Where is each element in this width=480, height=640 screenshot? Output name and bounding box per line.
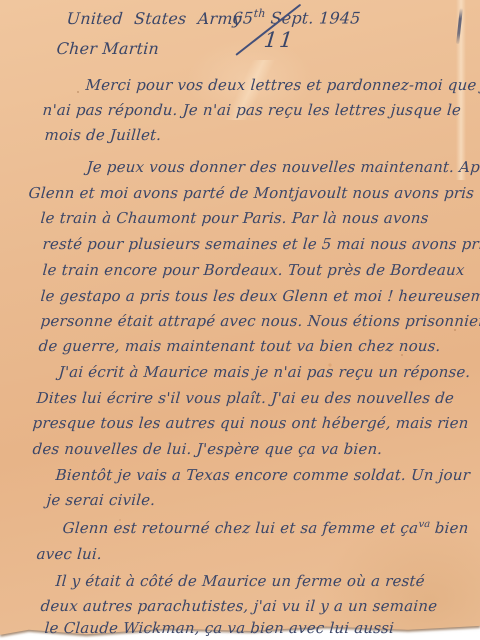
letter-line: Je peux vous donner des nouvelles mainte…: [86, 158, 480, 176]
sender-line: United States Army: [66, 9, 243, 28]
letter-line: Il y était à côté de Maurice un ferme où…: [55, 572, 425, 590]
date-correction: 11: [263, 28, 296, 52]
letter-line: Glenn et moi avons parté de Montjavoult …: [28, 184, 475, 202]
letter-line: le train à Chaumont pour Paris. Par là n…: [40, 209, 429, 227]
letter-line: avec lui.: [36, 545, 103, 563]
letter-line: le gestapo a pris tous les deux Glenn et…: [40, 287, 480, 305]
letter-line: presque tous les autres qui nous ont héb…: [32, 414, 469, 432]
letter-line-with-insertion: Glenn est retourné chez lui et sa femme …: [62, 519, 469, 537]
date-day-crossed-out: 65: [232, 8, 254, 27]
letter-line: personne était attrapé avec nous. Nous é…: [40, 312, 480, 330]
inserted-word: va: [418, 519, 430, 530]
letter-line: des nouvelles de lui. J'espère que ça va…: [32, 440, 383, 458]
letter-line: Glenn est retourné chez lui et sa femme …: [62, 519, 419, 537]
letter-line-end: bien: [434, 519, 469, 537]
letter-line: je serai civile.: [46, 491, 156, 509]
letter-line: resté pour plusieurs semaines et le 5 ma…: [42, 235, 480, 253]
letter-line: Dites lui écrire s'il vous plaît. J'ai e…: [36, 389, 455, 407]
letter-line: Bientôt je vais a Texas encore comme sol…: [55, 466, 471, 484]
date-line: 65th Sept. 1945: [232, 7, 361, 27]
date-day-suffix: th: [253, 7, 266, 20]
letter-line: de guerre, mais maintenant tout va bien …: [38, 337, 441, 355]
letter-line: le train encore pour Bordeaux. Tout près…: [42, 261, 465, 279]
letter-line: Merci pour vos deux lettres et pardonnez…: [85, 76, 480, 94]
letter-line: deux autres parachutistes, j'ai vu il y …: [40, 597, 438, 615]
salutation: Cher Martin: [56, 39, 160, 58]
letter-line: mois de Juillet.: [44, 126, 162, 144]
letter-line: J'ai écrit à Maurice mais je n'ai pas re…: [58, 363, 471, 381]
letter-line: n'ai pas répondu. Je n'ai pas reçu les l…: [42, 101, 462, 119]
letter-line: le Claude Wickman, ça va bien avec lui a…: [44, 619, 395, 637]
scanned-letter-page: United States Army 65th Sept. 1945 11 Ch…: [0, 0, 480, 640]
